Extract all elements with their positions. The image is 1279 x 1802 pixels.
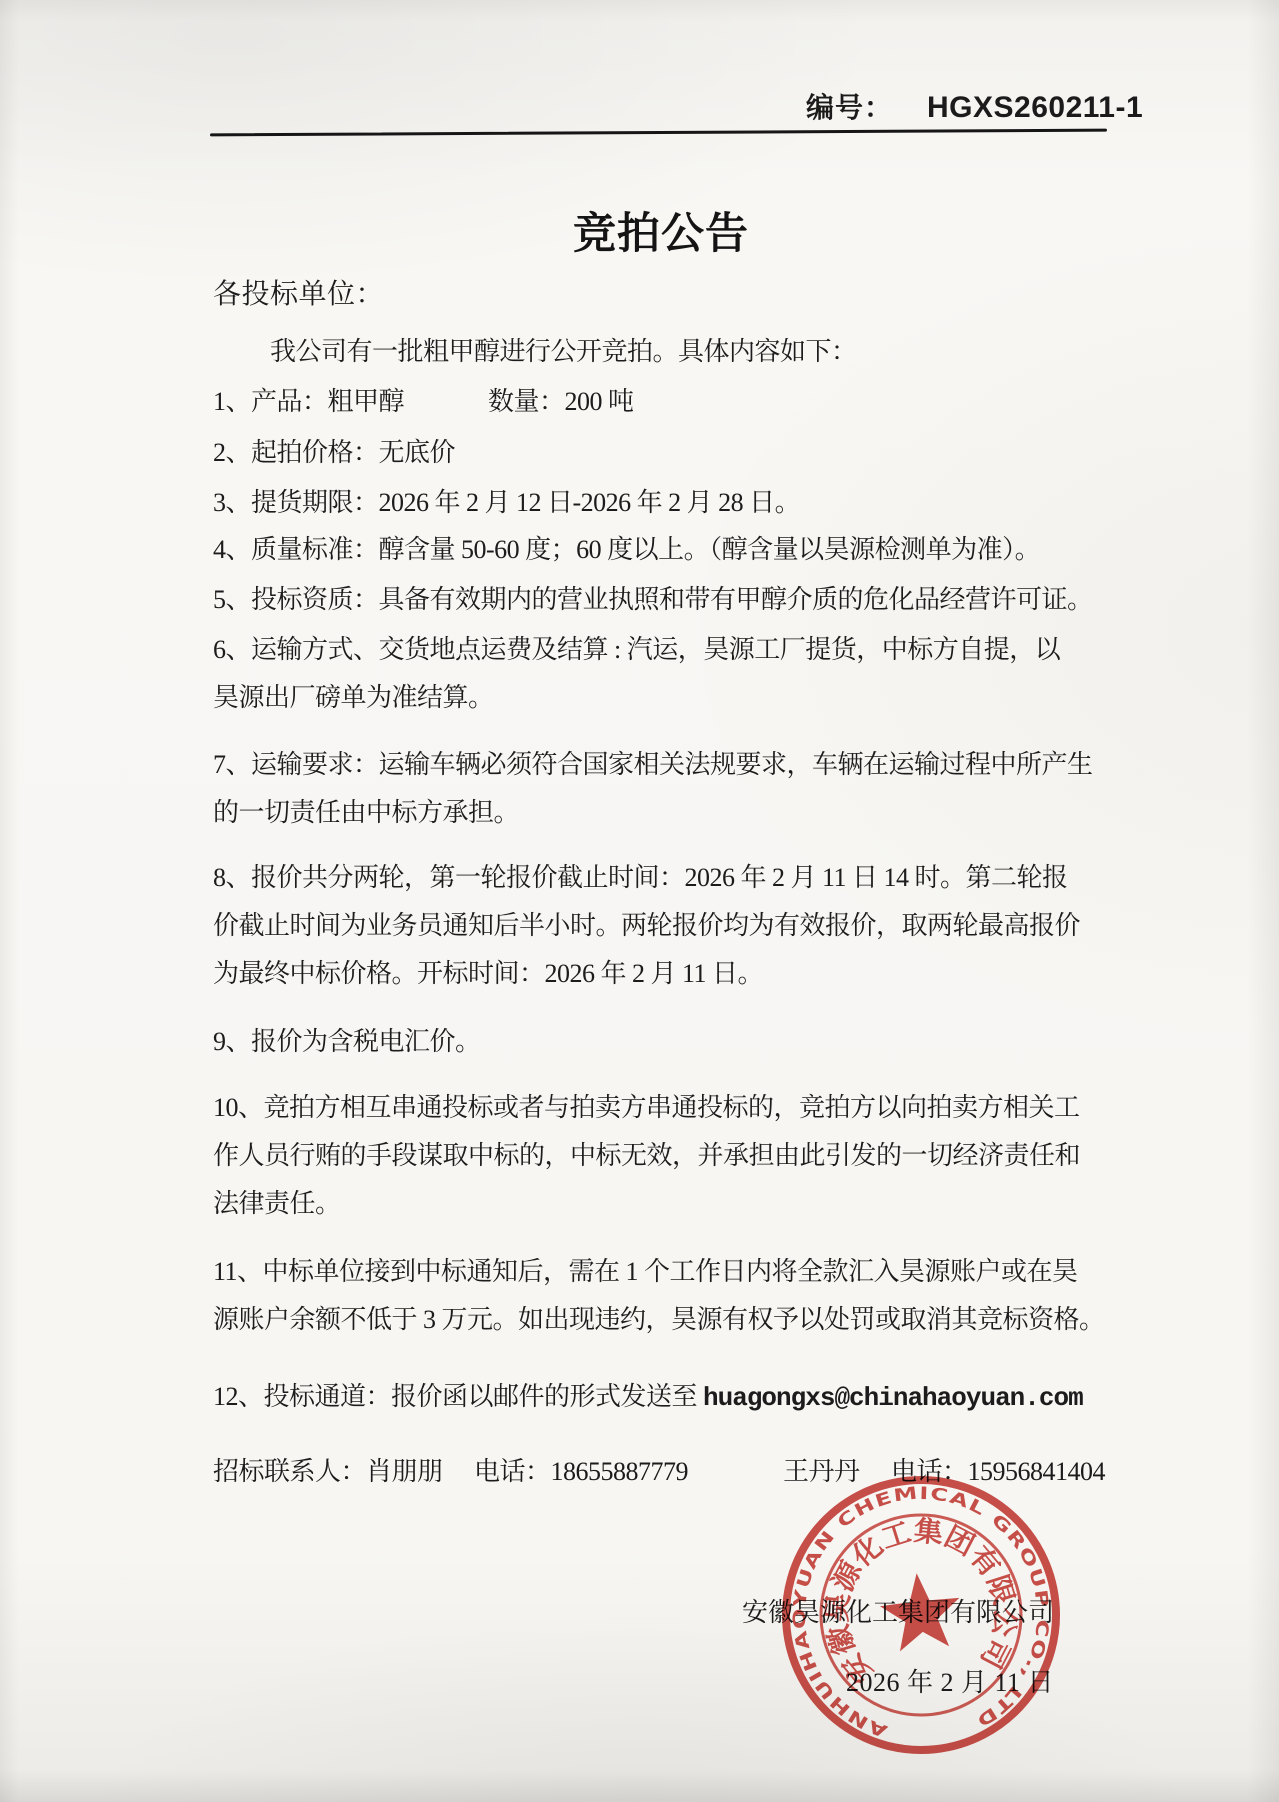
auction-item-11: 11、中标单位接到中标通知后，需在 1 个工作日内将全款汇入昊源账户或在昊 源账…: [213, 1248, 1105, 1344]
item1-product: 1、产品：粗甲醇: [213, 387, 404, 416]
salutation: 各投标单位：: [213, 271, 384, 319]
item1-quantity: 数量：200 吨: [488, 387, 634, 416]
auction-item-10: 10、竞拍方相互串通投标或者与拍卖方串通投标的，竞拍方以向拍卖方相关工 作人员行…: [213, 1084, 1080, 1228]
ref-label: 编号：: [806, 86, 893, 126]
page-title: 竞拍公告: [573, 200, 749, 261]
left-edge-scan-artifact: [0, 188, 7, 1638]
auction-item-3: 3、提货期限：2026 年 2 月 12 日-2026 年 2 月 28 日。: [213, 479, 800, 527]
stamp-star-icon: [877, 1569, 964, 1653]
bid-email-address: huagongxs@chinahaoyuan.com: [703, 1383, 1083, 1413]
auction-item-8: 8、报价共分两轮，第一轮报价截止时间：2026 年 2 月 11 日 14 时。…: [213, 854, 1080, 998]
company-stamp: ANHUIHAOYUAN CHEMICAL GROUP CO., LTD 安徽昊…: [764, 1458, 1078, 1772]
ref-number: HGXS260211-1: [927, 91, 1143, 125]
document-ref-row: 编号： HGXS260211-1: [806, 86, 1143, 126]
auction-item-7: 7、运输要求：运输车辆必须符合国家相关法规要求，车辆在运输过程中所产生 的一切责…: [213, 741, 1093, 837]
auction-item-5: 5、投标资质：具备有效期内的营业执照和带有甲醇介质的危化品经营许可证。: [213, 576, 1093, 624]
auction-item-1: 1、产品：粗甲醇数量：200 吨: [213, 378, 634, 426]
auction-item-6: 6、运输方式、交货地点运费及结算 : 汽运，昊源工厂提货，中标方自提，以 昊源出…: [213, 626, 1060, 722]
header-underline: [210, 129, 1107, 137]
item12-prefix: 12、投标通道：报价函以邮件的形式发送至: [213, 1382, 703, 1411]
auction-item-12: 12、投标通道：报价函以邮件的形式发送至 huagongxs@chinahaoy…: [213, 1373, 1083, 1422]
contact-primary: 招标联系人：肖朋朋 电话：18655887779: [213, 1448, 688, 1496]
auction-item-9: 9、报价为含税电汇价。: [213, 1018, 481, 1066]
intro-paragraph: 我公司有一批粗甲醇进行公开竞拍。具体内容如下：: [270, 328, 857, 376]
scanned-document-page: { "page": { "ref_label": "编号：", "ref_num…: [0, 0, 1279, 1802]
auction-item-2: 2、起拍价格：无底价: [213, 429, 455, 477]
auction-item-4: 4、质量标准：醇含量 50-60 度；60 度以上。（醇含量以昊源检测单为准）。: [213, 526, 1040, 574]
